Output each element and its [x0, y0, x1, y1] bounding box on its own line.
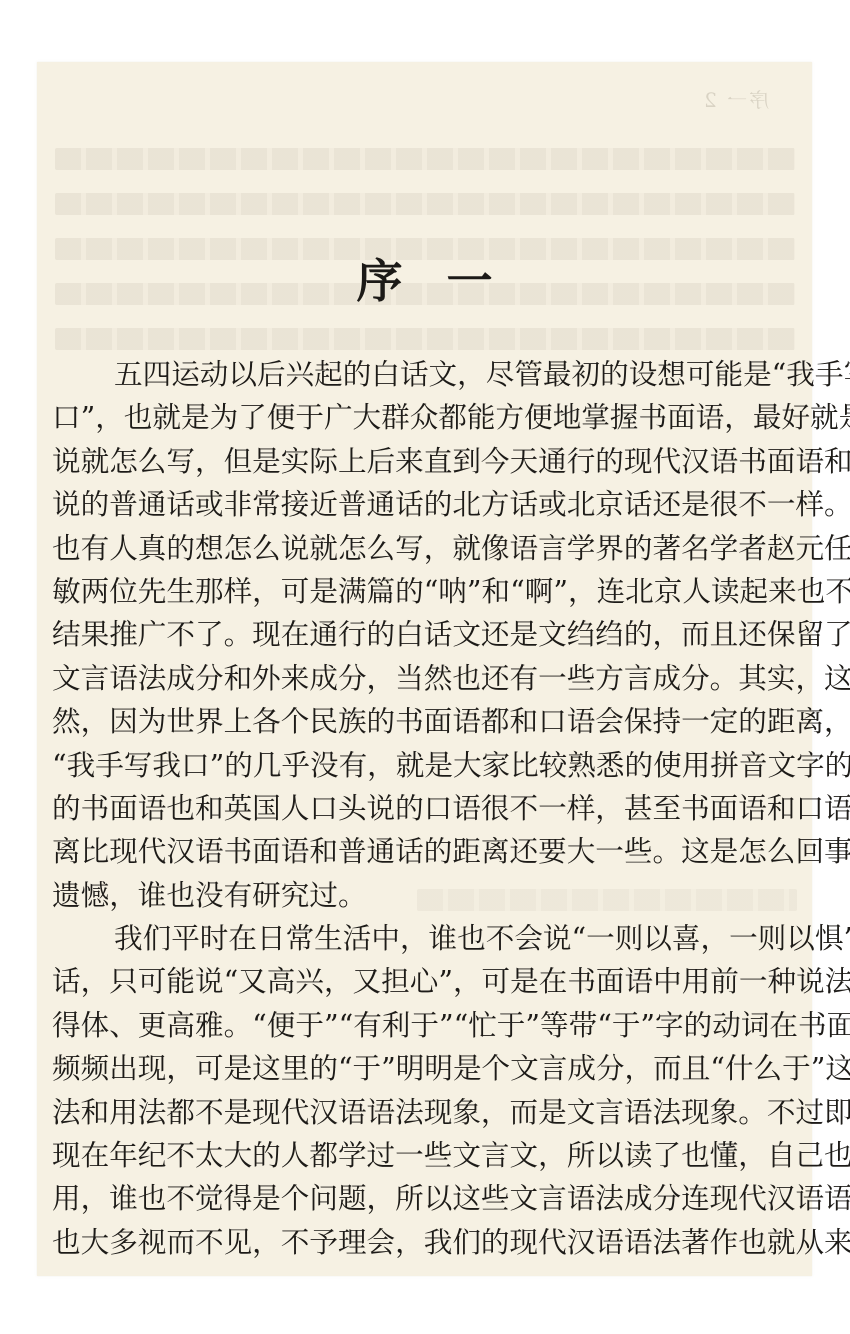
text-line: 得体、更高雅。“便于”“有利于”“忙于”等带“于”字的动词在书面语中 [52, 1004, 796, 1047]
book-page: 序一 2 序一 五四运动以后兴起的白话文，尽管最初的设想可能是“我手写我 口”，… [37, 62, 812, 1276]
text-line: 遗憾，谁也没有研究过。 [52, 874, 796, 917]
paragraph-2: 我们平时在日常生活中，谁也不会说“一则以喜，一则以惧”那样的 话，只可能说“又高… [52, 917, 796, 1264]
text-line: 敏两位先生那样，可是满篇的“呐”和“啊”，连北京人读起来也不舒服， [52, 570, 796, 613]
bleed-through-line [55, 193, 795, 215]
chapter-title-second-char: 一 [447, 254, 493, 308]
text-line: “我手写我口”的几乎没有，就是大家比较熟悉的使用拼音文字的英语 [52, 744, 796, 787]
text-line: 频频出现，可是这里的“于”明明是个文言成分，而且“什么于”这种构词 [52, 1047, 796, 1090]
text-line: 的书面语也和英国人口头说的口语很不一样，甚至书面语和口语的距 [52, 787, 796, 830]
text-line: 法和用法都不是现代汉语语法现象，而是文言语法现象。不过即使是 [52, 1091, 796, 1134]
text-line: 说就怎么写，但是实际上后来直到今天通行的现代汉语书面语和口头 [52, 440, 796, 483]
text-line: 离比现代汉语书面语和普通话的距离还要大一些。这是怎么回事？很 [52, 830, 796, 873]
text-line: 我们平时在日常生活中，谁也不会说“一则以喜，一则以惧”那样的 [52, 917, 796, 960]
text-line: 口”，也就是为了便于广大群众都能方便地掌握书面语，最好就是怎么 [52, 396, 796, 439]
text-line: 文言语法成分和外来成分，当然也还有一些方言成分。其实，这很自 [52, 657, 796, 700]
bleed-through-line [55, 148, 795, 170]
bleed-through-line [55, 328, 795, 350]
text-line: 说的普通话或非常接近普通话的北方话或北京话还是很不一样。当然 [52, 483, 796, 526]
text-line: 也大多视而不见，不予理会，我们的现代汉语语法著作也就从来不涉及 [52, 1221, 796, 1264]
text-line: 结果推广不了。现在通行的白话文还是文绉绉的，而且还保留了不少 [52, 613, 796, 656]
paragraph-1: 五四运动以后兴起的白话文，尽管最初的设想可能是“我手写我 口”，也就是为了便于广… [52, 353, 796, 917]
text-line: 也有人真的想怎么说就怎么写，就像语言学界的著名学者赵元任和俞 [52, 527, 796, 570]
text-line: 现在年纪不太大的人都学过一些文言文，所以读了也懂，自己也就能 [52, 1134, 796, 1177]
text-line: 用，谁也不觉得是个问题，所以这些文言语法成分连现代汉语语法学家 [52, 1177, 796, 1220]
text-line: 五四运动以后兴起的白话文，尽管最初的设想可能是“我手写我 [52, 353, 796, 396]
chapter-title-first-char: 序 [357, 254, 403, 308]
body-text: 五四运动以后兴起的白话文，尽管最初的设想可能是“我手写我 口”，也就是为了便于广… [52, 353, 796, 1264]
bleed-through-running-header: 序一 2 [702, 84, 769, 113]
text-line: 话，只可能说“又高兴，又担心”，可是在书面语中用前一种说法似乎更 [52, 960, 796, 1003]
chapter-title: 序一 [37, 251, 812, 311]
text-line: 然，因为世界上各个民族的书面语都和口语会保持一定的距离，完全是 [52, 700, 796, 743]
